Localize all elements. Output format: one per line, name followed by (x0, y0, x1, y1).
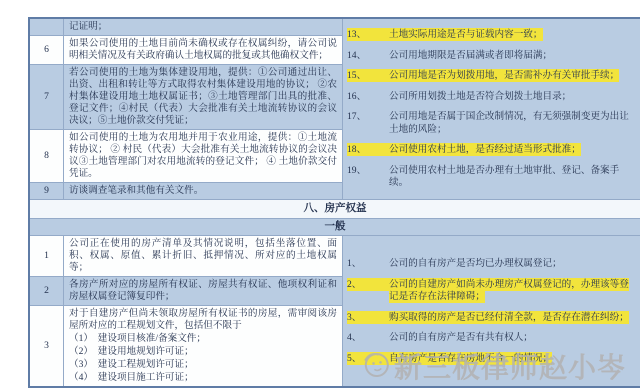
question-item: 3、购买取得的房产是否已经付清全款，是否存在潜在纠纷； (347, 312, 636, 325)
sec7-questions-cell: 13、土地实际用途是否与证载内容一致； 14、公司用地期限是否届满或者即将届满；… (343, 18, 640, 200)
question-number: 16、 (347, 91, 389, 104)
question-text: 公司使用农村土地是否办理有土地审批、登记、备案手续。 (389, 165, 619, 189)
sec8-questions-cell: 1、公司的自有房产是否均已办理权属登记； 2、公司的自建房产如尚未办理房产权属登… (343, 236, 640, 388)
row-number-cell: 7 (29, 65, 64, 130)
question-number: 4、 (347, 332, 389, 345)
row-number-cell: 2 (29, 277, 64, 306)
question-number: 3、 (347, 312, 389, 325)
row-content: 记证明； (64, 18, 343, 36)
question-item: 15、公司用地是否为划拨用地，是否需补办有关审批手续； (347, 70, 636, 83)
due-diligence-table: 记证明； 13、土地实际用途是否与证载内容一致； 14、公司用地期限是否届满或者… (28, 17, 640, 388)
row-number-cell: 8 (29, 130, 64, 183)
row-number-cell: 1 (29, 236, 64, 277)
row-intro-text: 对于自建房产但尚未领取房屋所有权证书的房屋，需审阅该房屋所对应的工程规划文件，包… (69, 308, 337, 332)
subsection-header-row: 一般 (29, 219, 640, 236)
question-item: 14、公司用地期限是否届满或者即将届满； (347, 50, 636, 63)
sub-item: （1） 建设项目核准/备案文件； (69, 333, 337, 345)
question-text: 公司使用农村土地，是否经过适当形式批准； (389, 144, 581, 155)
sub-item: （4） 建设项目施工许可证； (69, 372, 337, 384)
row-content: 如果公司使用的土地目前尚未确权或存在权属纠纷，请公司说明相关情况及有关政府确认土… (64, 36, 343, 65)
question-number: 14、 (347, 50, 389, 63)
question-text: 公司用地是否为划拨用地，是否需补办有关审批手续； (389, 70, 619, 81)
question-item: 17、公司用地是否属于国企改制情况，有无须强制变更为出让土地的风险； (347, 111, 636, 136)
question-text: 公司用地是否属于国企改制情况，有无须强制变更为出让土地的风险； (389, 111, 629, 135)
question-number: 19、 (347, 165, 389, 178)
row-content: 若公司使用的土地为集体建设用地，提供：①公司通过出让、出资、出租和转让等方式取得… (64, 65, 343, 130)
question-number: 18、 (347, 144, 389, 157)
question-text: 购买取得的房产是否已经付清全款，是否存在潜在纠纷； (389, 312, 629, 323)
question-number: 17、 (347, 111, 389, 124)
question-item: 1、公司的自有房产是否均已办理权属登记； (347, 258, 636, 271)
question-text: 公司用地期限是否届满或者即将届满； (389, 50, 552, 61)
question-number: 13、 (347, 29, 389, 42)
question-number: 1、 (347, 258, 389, 271)
question-item: 2、公司的自建房产如尚未办理房产权属登记的，办理该等登记是否存在法律障碍； (347, 279, 636, 304)
sub-item: （2） 建设用地规划许可证； (69, 346, 337, 358)
question-item: 16、公司所用划拨土地是否符合划拨土地目录； (347, 91, 636, 104)
row-content: 各房产所对应的房屋所有权证、房屋共有权证、他项权利证和房屋权属登记簿复印件； (64, 277, 343, 306)
row-number-cell: 3 (29, 306, 64, 388)
question-number: 2、 (347, 279, 389, 292)
question-text: 公司所用划拨土地是否符合划拨土地目录； (389, 91, 571, 102)
question-text: 土地实际用途是否与证载内容一致； (389, 29, 543, 40)
question-item: 4、公司的自有房产是否有共有权人； (347, 332, 636, 345)
section-header-row: 八、房产权益 (29, 200, 640, 219)
question-number: 15、 (347, 70, 389, 83)
question-item: 5、自有房产是否存在房地不合一的情况； (347, 353, 636, 366)
section-title: 八、房产权益 (29, 200, 640, 219)
document-page: 记证明； 13、土地实际用途是否与证载内容一致； 14、公司用地期限是否届满或者… (0, 0, 640, 388)
sub-item: （3） 建设工程规划许可证； (69, 359, 337, 371)
question-item: 18、公司使用农村土地，是否经过适当形式批准； (347, 144, 636, 157)
table-row: 1 公司正在使用的房产清单及其情况说明，包括坐落位置、面积、权属、原值、累计折旧… (29, 236, 640, 277)
question-item: 13、土地实际用途是否与证载内容一致； (347, 29, 636, 42)
question-text: 公司的自建房产如尚未办理房产权属登记的，办理该等登记是否存在法律障碍； (389, 279, 629, 303)
table-row: 记证明； 13、土地实际用途是否与证载内容一致； 14、公司用地期限是否届满或者… (29, 18, 640, 36)
row-content: 访谈调查笔录和其他有关文件。 (64, 183, 343, 200)
question-number: 5、 (347, 353, 389, 366)
question-text: 自有房产是否存在房地不合一的情况； (389, 353, 552, 364)
question-text: 公司的自有房产是否均已办理权属登记； (389, 258, 562, 269)
row-number-cell: 6 (29, 36, 64, 65)
question-text: 公司的自有房产是否有共有权人； (389, 332, 533, 343)
subsection-title: 一般 (29, 219, 640, 236)
row-content: 对于自建房产但尚未领取房屋所有权证书的房屋，需审阅该房屋所对应的工程规划文件，包… (64, 306, 343, 388)
question-item: 19、公司使用农村土地是否办理有土地审批、登记、备案手续。 (347, 165, 636, 190)
row-content: 公司正在使用的房产清单及其情况说明，包括坐落位置、面积、权属、原值、累计折旧、抵… (64, 236, 343, 277)
row-number-cell (29, 18, 64, 36)
row-content: 如公司使用的土地为农用地并用于农业用途，提供：①土地流转协议； ② 村民（代表）… (64, 130, 343, 183)
row-number-cell: 9 (29, 183, 64, 200)
